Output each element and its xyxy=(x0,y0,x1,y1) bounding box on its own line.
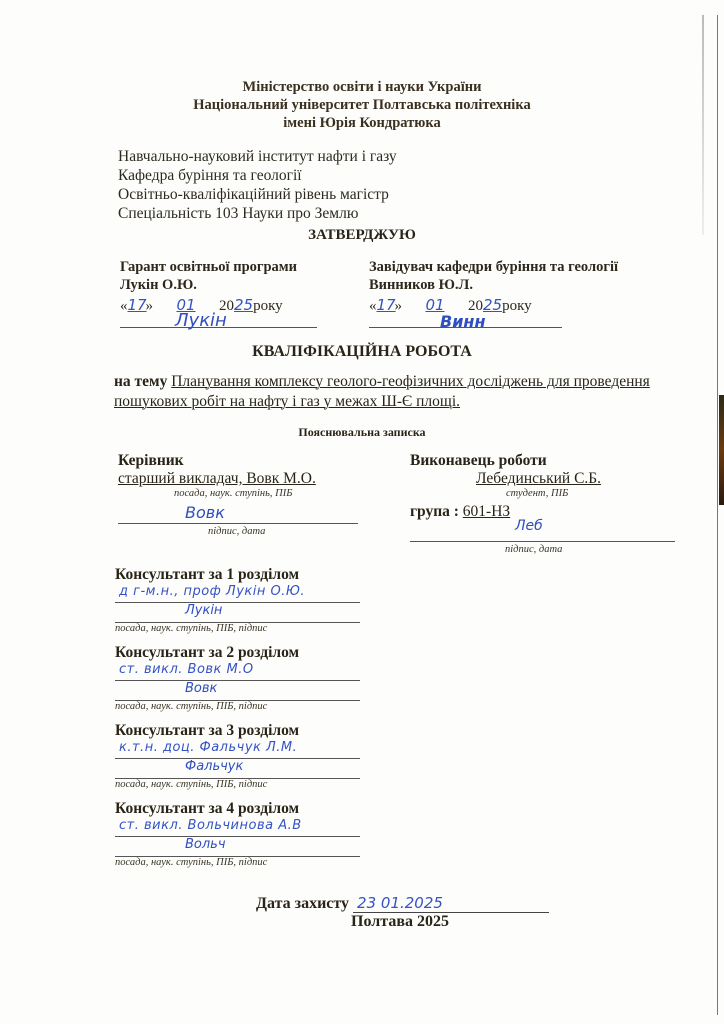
approver-name: Винников Ю.Л. xyxy=(369,276,669,294)
signature-line xyxy=(118,523,358,524)
consultant-1: Консультант за 1 розділом д г-м.н., проф… xyxy=(115,566,360,634)
consultant-handwritten: ст. викл. Вовк М.О xyxy=(115,662,360,681)
topic-line-1: Планування комплексу геолого-геофізичних… xyxy=(171,373,650,390)
consultant-handwritten: к.т.н. доц. Фальчук Л.М. xyxy=(115,740,360,759)
specialty: Спеціальність 103 Науки про Землю xyxy=(118,204,397,223)
approval-year-suffix: 25 xyxy=(234,296,253,314)
approval-date: «17»012025року xyxy=(369,296,669,315)
approver-role: Завідувач кафедри буріння та геології xyxy=(369,258,669,276)
consultant-4: Консультант за 4 розділом ст. викл. Воль… xyxy=(115,800,360,868)
defense-date-row: Дата захисту 23 01.2025 xyxy=(256,894,549,913)
executor-signature: Леб xyxy=(515,518,543,534)
explanatory-note: Пояснювальна записка xyxy=(0,425,724,440)
approval-heading: ЗАТВЕРДЖУЮ xyxy=(0,227,724,244)
consultant-caption: посада, наук. ступінь, ПІБ, підпис xyxy=(115,779,360,790)
ministry-name: Міністерство освіти і науки України xyxy=(0,78,724,96)
supervisor-caption: посада, наук. ступінь, ПІБ xyxy=(118,488,363,499)
consultant-caption: посада, наук. ступінь, ПІБ, підпис xyxy=(115,857,360,868)
approver-name: Лукін О.Ю. xyxy=(120,276,330,294)
consultant-handwritten: д г-м.н., проф Лукін О.Ю. xyxy=(115,584,360,603)
scan-artifact xyxy=(702,15,704,235)
binding-edge xyxy=(719,395,724,505)
consultant-signature: Лукін xyxy=(115,603,360,623)
qualification-level: Освітньо-кваліфікаційний рівень магістр xyxy=(118,185,397,204)
work-title: КВАЛІФІКАЦІЙНА РОБОТА xyxy=(0,343,724,361)
consultant-caption: посада, наук. ступінь, ПІБ, підпис xyxy=(115,701,360,712)
approval-day: 17 xyxy=(128,296,146,314)
supervisor-block: Керівник старший викладач, Вовк М.О. пос… xyxy=(118,452,363,499)
department-name: Кафедра буріння та геології xyxy=(118,166,397,185)
approver-signature: Винн xyxy=(440,312,486,331)
document-header: Міністерство освіти і науки України Наці… xyxy=(0,78,724,132)
consultant-2: Консультант за 2 розділом ст. викл. Вовк… xyxy=(115,644,360,712)
executor-caption: студент, ПІБ xyxy=(410,488,680,499)
executor-label: Виконавець роботи xyxy=(410,452,680,470)
year-word: року xyxy=(253,298,283,314)
consultant-signature: Вовк xyxy=(115,681,360,701)
supervisor-sign-caption: підпис, дата xyxy=(208,526,265,537)
consultant-signature: Фальчук xyxy=(115,759,360,779)
approval-left: Гарант освітньої програми Лукін О.Ю. «17… xyxy=(120,258,330,315)
consultant-title: Консультант за 1 розділом xyxy=(115,566,360,584)
defense-label: Дата захисту xyxy=(256,895,349,912)
topic-label: на тему xyxy=(114,373,167,390)
approval-right: Завідувач кафедри буріння та геології Ви… xyxy=(369,258,669,315)
topic-line-2: пошукових робіт на нафту і газ у межах Ш… xyxy=(114,393,460,410)
institution-block: Навчально-науковий інститут нафти і газу… xyxy=(118,147,397,223)
executor-sign-caption: підпис, дата xyxy=(505,544,562,555)
institute-name: Навчально-науковий інститут нафти і газу xyxy=(118,147,397,166)
group-value: 601-НЗ xyxy=(463,503,510,520)
consultant-caption: посада, наук. ступінь, ПІБ, підпис xyxy=(115,623,360,634)
consultant-title: Консультант за 2 розділом xyxy=(115,644,360,662)
signature-line xyxy=(410,541,675,542)
consultant-title: Консультант за 3 розділом xyxy=(115,722,360,740)
executor-block: Виконавець роботи Лебединський С.Б. студ… xyxy=(410,452,680,521)
approver-signature: Лукін xyxy=(175,310,227,331)
group-label: група : xyxy=(410,503,459,520)
defense-date: 23 01.2025 xyxy=(353,894,549,913)
page-edge xyxy=(717,15,724,1015)
consultant-3: Консультант за 3 розділом к.т.н. доц. Фа… xyxy=(115,722,360,790)
consultant-handwritten: ст. викл. Вольчинова А.В xyxy=(115,818,360,837)
approval-day: 17 xyxy=(377,296,395,314)
supervisor-signature: Вовк xyxy=(185,503,225,522)
approval-year-suffix: 25 xyxy=(483,296,502,314)
consultant-signature: Вольч xyxy=(115,837,360,857)
work-topic: на тему Планування комплексу геолого-гео… xyxy=(114,372,684,412)
year-word: року xyxy=(502,298,532,314)
university-named-after: імені Юрія Кондратюка xyxy=(0,114,724,132)
executor-group: група : 601-НЗ xyxy=(410,503,680,521)
executor-value: Лебединський С.Б. xyxy=(410,470,680,488)
city-year: Полтава 2025 xyxy=(0,913,724,931)
supervisor-label: Керівник xyxy=(118,452,363,470)
approver-role: Гарант освітньої програми xyxy=(120,258,330,276)
university-name: Національний університет Полтавська полі… xyxy=(0,96,724,114)
supervisor-value: старший викладач, Вовк М.О. xyxy=(118,470,363,488)
consultant-title: Консультант за 4 розділом xyxy=(115,800,360,818)
